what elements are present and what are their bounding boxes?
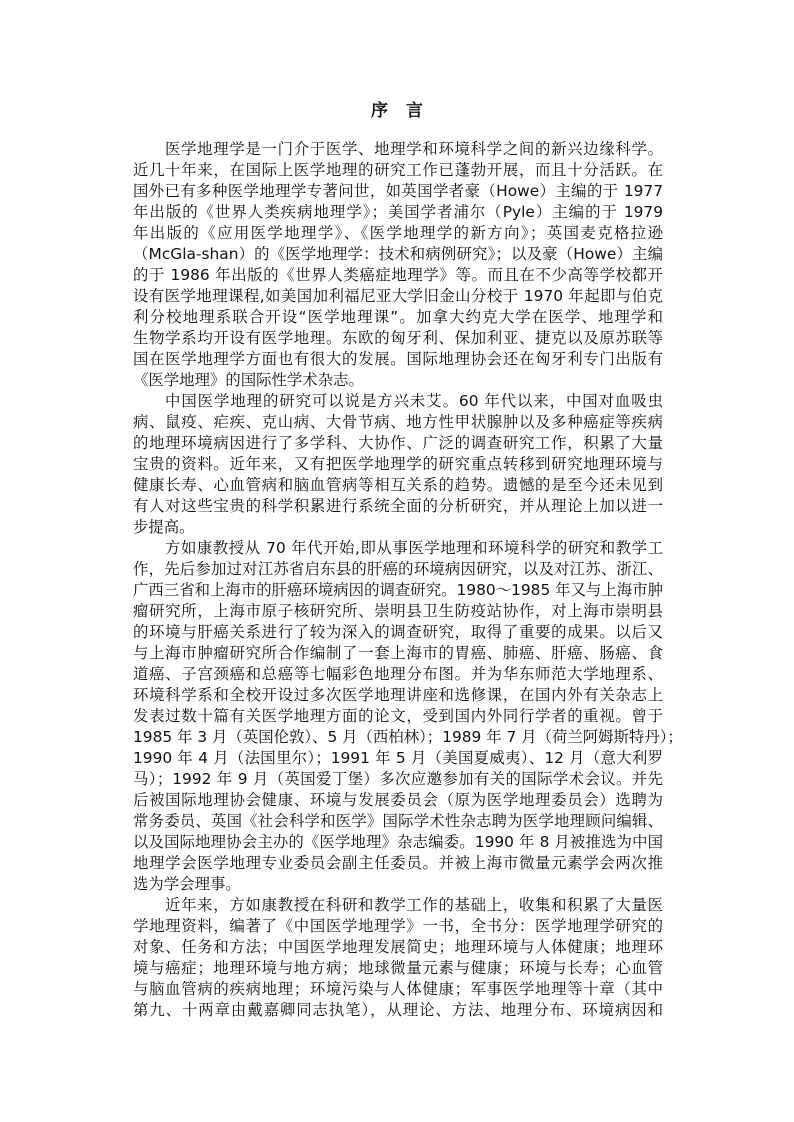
paragraph-3-line: 选为学会理事。 [133,874,663,895]
text-line: 医学地理学是一门介于医学、地理学和环境科学之间的新兴边缘科学。 [165,139,663,160]
text-line: 1990 年 4 月（法国里尔）；1991 年 5 月（美国夏威夷）、12 月（… [133,748,663,769]
paragraph-3-line: 1985 年 3 月（英国伦敦）、5 月（西柏林）；1989 年 7 月（荷兰阿… [133,727,663,748]
text-line: 有人对这些宝贵的科学积累进行系统全面的分析研究，并从理论上加以进一 [133,496,663,517]
text-line: 近年来，方如康教授在科研和教学工作的基础上，收集和积累了大量医 [165,895,663,916]
document-page: 序言 医学地理学是一门介于医学、地理学和环境科学之间的新兴边缘科学。近几十年来，… [0,0,794,1122]
text-line: 生物学系均开设有医学地理。东欧的匈牙利、保加利亚、捷克以及原苏联等 [133,328,663,349]
paragraph-4-line: 学地理资料，编著了《中国医学地理学》一书，全书分：医学地理学研究的 [133,916,663,937]
paragraph-3-line: 马）；1992 年 9 月（英国爱丁堡）多次应邀参加有关的国际学术会议。并先 [133,769,663,790]
paragraph-1-line: 国在医学地理学方面也有很大的发展。国际地理协会还在匈牙利专门出版有 [133,349,663,370]
preface-body: 医学地理学是一门介于医学、地理学和环境科学之间的新兴边缘科学。近几十年来，在国际… [133,139,663,1021]
text-line: 国在医学地理学方面也有很大的发展。国际地理协会还在匈牙利专门出版有 [133,349,663,370]
paragraph-4-line: 境与癌症；地理环境与地方病；地球微量元素与健康；环境与长寿；心血管 [133,958,663,979]
paragraph-3-line: 与上海市肿瘤研究所合作编制了一套上海市的胃癌、肺癌、肝癌、肠癌、食 [133,643,663,664]
text-line: 境与癌症；地理环境与地方病；地球微量元素与健康；环境与长寿；心血管 [133,958,663,979]
paragraph-3-line: 方如康教授从 70 年代开始,即从事医学地理和环境科学的研究和教学工 [133,538,663,559]
text-line: 方如康教授从 70 年代开始,即从事医学地理和环境科学的研究和教学工 [165,538,663,559]
paragraph-2-line: 病、鼠疫、疟疾、克山病、大骨节病、地方性甲状腺肿以及多种癌症等疾病 [133,412,663,433]
paragraph-1-line: 生物学系均开设有医学地理。东欧的匈牙利、保加利亚、捷克以及原苏联等 [133,328,663,349]
paragraph-4-line: 第九、十两章由戴嘉卿同志执笔），从理论、方法、地理分布、环境病因和 [133,1000,663,1021]
paragraph-1-line: 年出版的《应用医学地理学》、《医学地理学的新方向》；英国麦克格拉逊 [133,223,663,244]
paragraph-2-line: 步提高。 [133,517,663,538]
paragraph-1-line: 的于 1986 年出版的《世界人类癌症地理学》等。而且在不少高等学校都开 [133,265,663,286]
text-line: 年出版的《应用医学地理学》、《医学地理学的新方向》；英国麦克格拉逊 [133,223,663,244]
text-line: 对象、任务和方法；中国医学地理发展简史；地理环境与人体健康；地理环 [133,937,663,958]
text-line: 1985 年 3 月（英国伦敦）、5 月（西柏林）；1989 年 7 月（荷兰阿… [133,727,663,748]
paragraph-4-line: 与脑血管病的疾病地理；环境污染与人体健康；军事医学地理等十章（其中 [133,979,663,1000]
text-line: 国外已有多种医学地理学专著问世，如英国学者豪（Howe）主编的于 1977 [133,181,663,202]
paragraph-3-line: 环境科学系和全校开设过多次医学地理讲座和选修课，在国内外有关杂志上 [133,685,663,706]
paragraph-1-line: 《医学地理》的国际性学术杂志。 [133,370,663,391]
text-line: 马）；1992 年 9 月（英国爱丁堡）多次应邀参加有关的国际学术会议。并先 [133,769,663,790]
paragraph-3-line: 道癌、子宫颈癌和总癌等七幅彩色地理分布图。并为华东师范大学地理系、 [133,664,663,685]
paragraph-1-line: 利分校地理系联合开设“医学地理课”。加拿大约克大学在医学、地理学和 [133,307,663,328]
text-line: 中国医学地理的研究可以说是方兴未艾。60 年代以来，中国对血吸虫 [165,391,663,412]
text-line: 宝贵的资料。近年来，又有把医学地理学的研究重点转移到研究地理环境与 [133,454,663,475]
paragraph-1-line: 年出版的《世界人类疾病地理学》；美国学者浦尔（Pyle）主编的于 1979 [133,202,663,223]
paragraph-3-line: 1990 年 4 月（法国里尔）；1991 年 5 月（美国夏威夷）、12 月（… [133,748,663,769]
text-line: 健康长寿、心血管病和脑血管病等相互关系的趋势。遗憾的是至今还未见到 [133,475,663,496]
text-line: 地理学会医学地理专业委员会副主任委员。并被上海市微量元素学会两次推 [133,853,663,874]
paragraph-3-line: 发表过数十篇有关医学地理方面的论文，受到国内外同行学者的重视。曾于 [133,706,663,727]
text-line: 道癌、子宫颈癌和总癌等七幅彩色地理分布图。并为华东师范大学地理系、 [133,664,663,685]
title-char-2: 言 [406,101,423,121]
paragraph-4-line: 对象、任务和方法；中国医学地理发展简史；地理环境与人体健康；地理环 [133,937,663,958]
paragraph-3-line: 地理学会医学地理专业委员会副主任委员。并被上海市微量元素学会两次推 [133,853,663,874]
paragraph-1-line: 设有医学地理课程,如美国加利福尼亚大学旧金山分校于 1970 年起即与伯克 [133,286,663,307]
paragraph-1-line: （McGla-shan）的《医学地理学：技术和病例研究》；以及豪（Howe）主编 [133,244,663,265]
text-line: 设有医学地理课程,如美国加利福尼亚大学旧金山分校于 1970 年起即与伯克 [133,286,663,307]
text-line: 作，先后参加过对江苏省启东县的肝癌的环境病因研究，以及对江苏、浙江、 [133,559,663,580]
page-title: 序言 [0,96,794,121]
text-line: 的于 1986 年出版的《世界人类癌症地理学》等。而且在不少高等学校都开 [133,265,663,286]
text-line: 发表过数十篇有关医学地理方面的论文，受到国内外同行学者的重视。曾于 [133,706,663,727]
text-line: 与上海市肿瘤研究所合作编制了一套上海市的胃癌、肺癌、肝癌、肠癌、食 [133,643,663,664]
paragraph-2-line: 中国医学地理的研究可以说是方兴未艾。60 年代以来，中国对血吸虫 [133,391,663,412]
text-line: 《医学地理》的国际性学术杂志。 [133,370,663,391]
paragraph-3-line: 瘤研究所，上海市原子核研究所、崇明县卫生防疫站协作，对上海市崇明县 [133,601,663,622]
text-line: 广西三省和上海市的肝癌环境病因的调查研究。1980～1985 年又与上海市肿 [133,580,663,601]
paragraph-3-line: 的环境与肝癌关系进行了较为深入的调查研究，取得了重要的成果。以后又 [133,622,663,643]
paragraph-3-line: 广西三省和上海市的肝癌环境病因的调查研究。1980～1985 年又与上海市肿 [133,580,663,601]
paragraph-3-line: 后被国际地理协会健康、环境与发展委员会（原为医学地理委员会）选聘为 [133,790,663,811]
text-line: 病、鼠疫、疟疾、克山病、大骨节病、地方性甲状腺肿以及多种癌症等疾病 [133,412,663,433]
paragraph-3-line: 常务委员、英国《社会科学和医学》国际学术性杂志聘为医学地理顾问编辑、 [133,811,663,832]
text-line: 的地理环境病因进行了多学科、大协作、广泛的调查研究工作，积累了大量 [133,433,663,454]
text-line: 近几十年来，在国际上医学地理的研究工作已蓬勃开展，而且十分活跃。在 [133,160,663,181]
paragraph-1-line: 国外已有多种医学地理学专著问世，如英国学者豪（Howe）主编的于 1977 [133,181,663,202]
text-line: 选为学会理事。 [133,874,663,895]
text-line: 瘤研究所，上海市原子核研究所、崇明县卫生防疫站协作，对上海市崇明县 [133,601,663,622]
paragraph-1-line: 医学地理学是一门介于医学、地理学和环境科学之间的新兴边缘科学。 [133,139,663,160]
text-line: 以及国际地理协会主办的《医学地理》杂志编委。1990 年 8 月被推选为中国 [133,832,663,853]
paragraph-2-line: 有人对这些宝贵的科学积累进行系统全面的分析研究，并从理论上加以进一 [133,496,663,517]
text-line: 常务委员、英国《社会科学和医学》国际学术性杂志聘为医学地理顾问编辑、 [133,811,663,832]
text-line: 环境科学系和全校开设过多次医学地理讲座和选修课，在国内外有关杂志上 [133,685,663,706]
text-line: 后被国际地理协会健康、环境与发展委员会（原为医学地理委员会）选聘为 [133,790,663,811]
paragraph-3-line: 作，先后参加过对江苏省启东县的肝癌的环境病因研究，以及对江苏、浙江、 [133,559,663,580]
text-line: 的环境与肝癌关系进行了较为深入的调查研究，取得了重要的成果。以后又 [133,622,663,643]
paragraph-2-line: 健康长寿、心血管病和脑血管病等相互关系的趋势。遗憾的是至今还未见到 [133,475,663,496]
text-line: 利分校地理系联合开设“医学地理课”。加拿大约克大学在医学、地理学和 [133,307,663,328]
paragraph-2-line: 宝贵的资料。近年来，又有把医学地理学的研究重点转移到研究地理环境与 [133,454,663,475]
title-char-1: 序 [371,101,388,121]
paragraph-3-line: 以及国际地理协会主办的《医学地理》杂志编委。1990 年 8 月被推选为中国 [133,832,663,853]
text-line: 与脑血管病的疾病地理；环境污染与人体健康；军事医学地理等十章（其中 [133,979,663,1000]
text-line: 学地理资料，编著了《中国医学地理学》一书，全书分：医学地理学研究的 [133,916,663,937]
paragraph-4-line: 近年来，方如康教授在科研和教学工作的基础上，收集和积累了大量医 [133,895,663,916]
paragraph-1-line: 近几十年来，在国际上医学地理的研究工作已蓬勃开展，而且十分活跃。在 [133,160,663,181]
text-line: 第九、十两章由戴嘉卿同志执笔），从理论、方法、地理分布、环境病因和 [133,1000,663,1021]
text-line: （McGla-shan）的《医学地理学：技术和病例研究》；以及豪（Howe）主编 [133,244,663,265]
text-line: 步提高。 [133,517,663,538]
text-line: 年出版的《世界人类疾病地理学》；美国学者浦尔（Pyle）主编的于 1979 [133,202,663,223]
paragraph-2-line: 的地理环境病因进行了多学科、大协作、广泛的调查研究工作，积累了大量 [133,433,663,454]
